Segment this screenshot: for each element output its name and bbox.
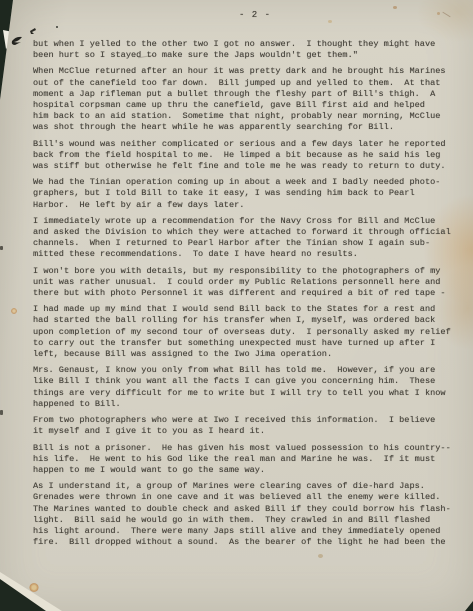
scanned-letter-page: { "page": { "label": "- 2 -" }, "letter"…: [0, 0, 473, 611]
pen-mark-icon: [12, 37, 22, 45]
pen-speck-icon: [56, 26, 58, 28]
pen-mark-icon: [30, 28, 36, 34]
pen-marks-overlay: [0, 0, 473, 611]
